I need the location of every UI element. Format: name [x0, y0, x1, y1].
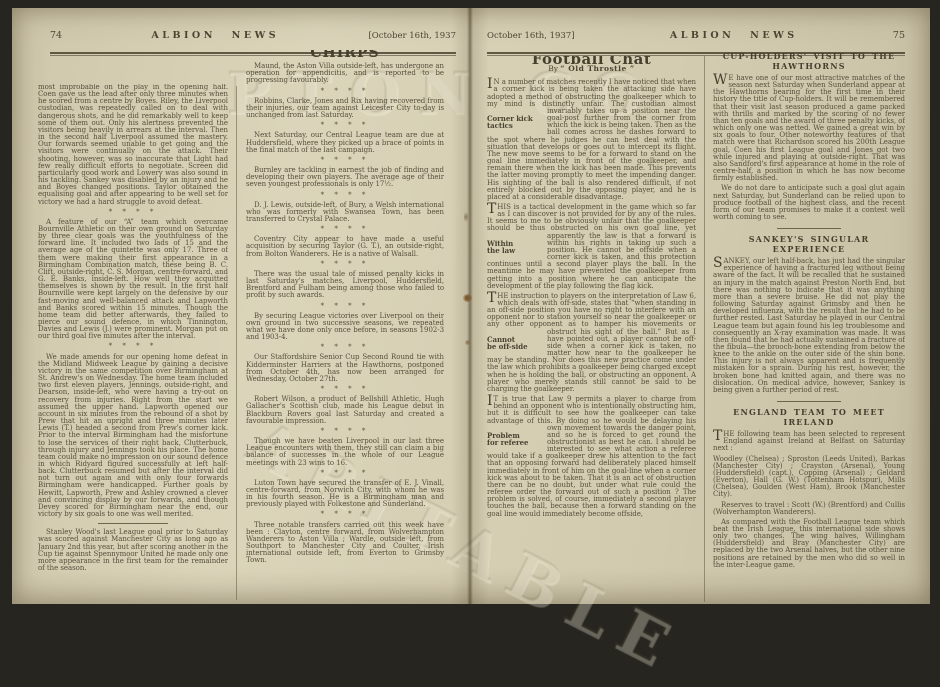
- sidenote-label: Problem for referee: [487, 425, 547, 453]
- chirps-item: Luton Town have secured the transfer of …: [246, 480, 444, 509]
- star-separator: * * * *: [246, 122, 444, 129]
- scan-paper: PTON CO ARITABLE 74 ALBION NEWS [October…: [12, 8, 930, 604]
- article-paragraph: THE instruction to players on the interp…: [487, 293, 696, 393]
- article-paragraph: most improbable on the play in the openi…: [38, 84, 228, 206]
- star-separator: * * * *: [246, 157, 444, 164]
- team-list: Woodley (Chelsea) ; Sproston (Leeds Unit…: [713, 456, 905, 499]
- paragraph-text: E have one of our most attractive matche…: [713, 74, 905, 182]
- star-separator: * * * *: [246, 470, 444, 477]
- star-separator: * * * *: [38, 209, 228, 216]
- issue-date: October 16th, 1937]: [487, 31, 575, 41]
- chirps-column: CHIRPS Maund, the Aston Villa outside-le…: [246, 50, 444, 602]
- column-rule: [236, 86, 237, 600]
- star-separator: * * * *: [246, 511, 444, 518]
- section-rule: [777, 228, 841, 229]
- page-number: 75: [893, 30, 905, 41]
- issue-date: [October 16th, 1937: [368, 31, 456, 41]
- paragraph-text: HE instruction to players on the interpr…: [487, 292, 696, 329]
- article-paragraph: As compared with the Football League tea…: [713, 519, 905, 569]
- left-page-header: 74 ALBION NEWS [October 16th, 1937: [50, 30, 456, 41]
- star-separator: * * * *: [246, 386, 444, 393]
- star-separator: * * * *: [38, 343, 228, 350]
- article-paragraph: Stanley Wood's last League goal prior to…: [38, 529, 228, 572]
- news-column: CUP-HOLDERS' VISIT TO THE HAWTHORNS WE h…: [713, 50, 905, 602]
- column-rule: [704, 56, 705, 602]
- article-paragraph: THE following team has been selected to …: [713, 431, 905, 452]
- article-paragraph: IN a number of matches recently I have n…: [487, 79, 696, 201]
- article-paragraph: THIS is a tactical development in the ga…: [487, 204, 696, 290]
- chirps-title: CHIRPS: [246, 50, 444, 57]
- chirps-item: Our Staffordshire Senior Cup Second Roun…: [246, 354, 444, 383]
- stain-spot: [463, 294, 472, 302]
- sidenote-label: Cannot be off-side: [487, 329, 547, 357]
- stain-spot: [465, 340, 470, 345]
- section-rule: [98, 523, 168, 524]
- star-separator: * * * *: [246, 344, 444, 351]
- chirps-item: Though we have beaten Liverpool in our l…: [246, 438, 444, 467]
- article-paragraph: A feature of our “A” team which overcame…: [38, 219, 228, 341]
- paragraph-text: HE following team has been selected to r…: [713, 430, 905, 452]
- chirps-item: Maund, the Aston Villa outside-left, has…: [246, 63, 444, 84]
- section-heading-sankey: SANKEY'S SINGULAR EXPERIENCE: [713, 235, 905, 254]
- chirps-item: Burnley are tackling in earnest the job …: [246, 167, 444, 188]
- star-separator: * * * *: [246, 303, 444, 310]
- drop-cap: T: [713, 431, 723, 443]
- article-paragraph: We made amends for our opening home defe…: [38, 354, 228, 519]
- chirps-item: Three notable transfers carried out this…: [246, 522, 444, 565]
- article-paragraph: WE have one of our most attractive match…: [713, 75, 905, 182]
- masthead: ALBION NEWS: [151, 30, 279, 41]
- page-number: 74: [50, 30, 62, 41]
- chirps-item: Robert Wilson, a product of Bellshill At…: [246, 396, 444, 425]
- football-chat-title: Football Chat: [487, 56, 696, 63]
- chirps-item: Robbins, Clarke, Jones and Rix having re…: [246, 98, 444, 119]
- chirps-item: By securing League victories over Liverp…: [246, 313, 444, 342]
- drop-cap: S: [713, 258, 724, 270]
- drop-cap: T: [487, 204, 497, 216]
- chirps-item: Next Saturday, our Central League team a…: [246, 132, 444, 153]
- article-paragraph: We do not dare to anticipate such a goal…: [713, 185, 905, 221]
- star-separator: * * * *: [246, 226, 444, 233]
- byline-by: By: [548, 64, 558, 73]
- sidenote-label: Corner kick tactics: [487, 108, 547, 136]
- drop-cap: W: [713, 75, 728, 87]
- article-paragraph: Reserves to travel : Scott (W.) (Brentfo…: [713, 502, 905, 516]
- section-heading-cup-holders: CUP-HOLDERS' VISIT TO THE HAWTHORNS: [713, 52, 905, 71]
- star-separator: * * * *: [246, 88, 444, 95]
- football-chat-column: Football Chat By “ Old Throstle ” IN a n…: [487, 56, 696, 602]
- star-separator: * * * *: [246, 192, 444, 199]
- right-page-header: October 16th, 1937] ALBION NEWS 75: [487, 30, 905, 41]
- chirps-item: Coventry City appear to have made a usef…: [246, 236, 444, 257]
- football-chat-byline: By “ Old Throstle ”: [487, 65, 696, 72]
- star-separator: * * * *: [246, 261, 444, 268]
- byline-name: “ Old Throstle ”: [560, 64, 634, 73]
- chirps-item: There was the usual tale of missed penal…: [246, 271, 444, 300]
- article-paragraph: SANKEY, our left half-back, has just had…: [713, 258, 905, 394]
- star-separator: * * * *: [246, 428, 444, 435]
- masthead: ALBION NEWS: [670, 30, 798, 41]
- article-paragraph: IT is true that Law 9 permits a player t…: [487, 396, 696, 518]
- section-rule: [777, 401, 841, 402]
- drop-cap: T: [487, 293, 497, 305]
- match-report-column: most improbable on the play in the openi…: [38, 84, 228, 602]
- chirps-item: D. J. Lewis, outside-left, of Bury, a We…: [246, 202, 444, 223]
- stain-spot: [464, 212, 468, 222]
- paragraph-text: ANKEY, our left half-back, has just had …: [713, 257, 905, 394]
- sidenote-label: Within the law: [487, 233, 547, 261]
- section-heading-england: ENGLAND TEAM TO MEET IRELAND: [713, 408, 905, 427]
- page-fold-shadow: [451, 8, 489, 604]
